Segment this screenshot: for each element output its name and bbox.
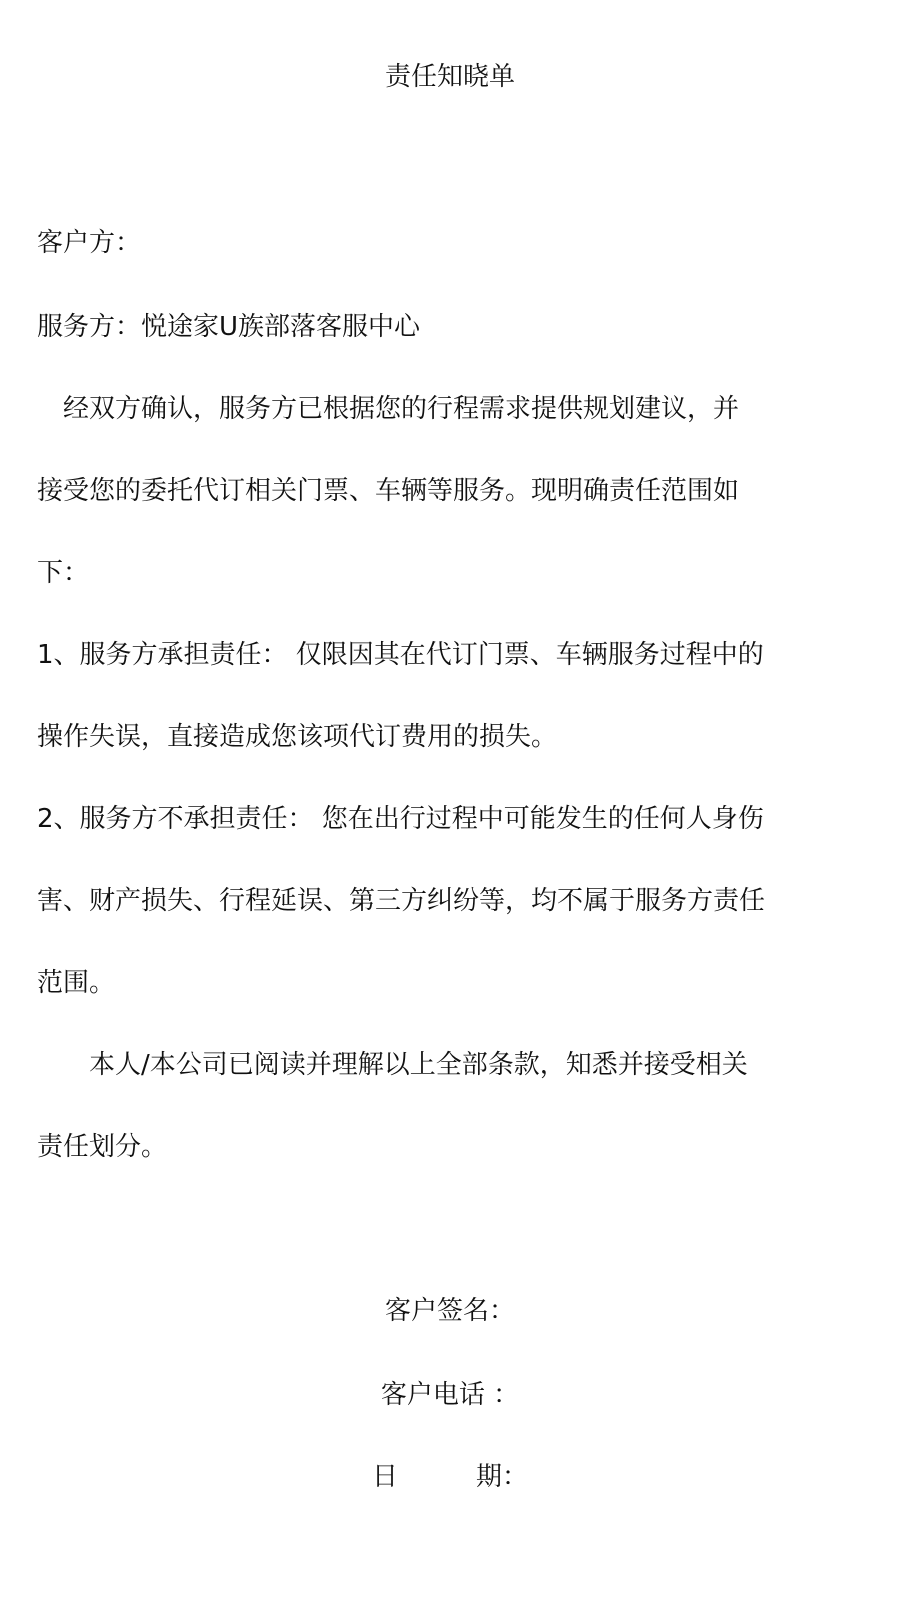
clause-2-line-2: 害、财产损失、行程延误、第三方纠纷等，均不属于服务方责任 <box>37 880 765 917</box>
intro-line-2: 接受您的委托代订相关门票、车辆等服务。现明确责任范围如 <box>37 470 739 507</box>
client-signature-label: 客户签名： <box>0 1290 900 1327</box>
service-party-label: 服务方：悦途家U族部落客服中心 <box>37 306 420 343</box>
acknowledgement-line-1: 本人/本公司已阅读并理解以上全部条款，知悉并接受相关 <box>37 1044 748 1081</box>
clause-2-line-1: 2、服务方不承担责任： 您在出行过程中可能发生的任何人身伤 <box>37 798 764 835</box>
clause-1-line-2: 操作失误，直接造成您该项代订费用的损失。 <box>37 716 557 753</box>
date-label: 日 期： <box>0 1456 900 1493</box>
clause-2-line-3: 范围。 <box>37 962 115 999</box>
client-phone-label: 客户电话 ： <box>0 1374 900 1411</box>
intro-line-1: 经双方确认，服务方已根据您的行程需求提供规划建议，并 <box>37 388 739 425</box>
document-title: 责任知晓单 <box>0 56 900 93</box>
clause-1-line-1: 1、服务方承担责任： 仅限因其在代订门票、车辆服务过程中的 <box>37 634 764 671</box>
acknowledgement-line-2: 责任划分。 <box>37 1126 167 1163</box>
intro-line-3: 下： <box>37 552 89 589</box>
client-party-label: 客户方： <box>37 222 141 259</box>
